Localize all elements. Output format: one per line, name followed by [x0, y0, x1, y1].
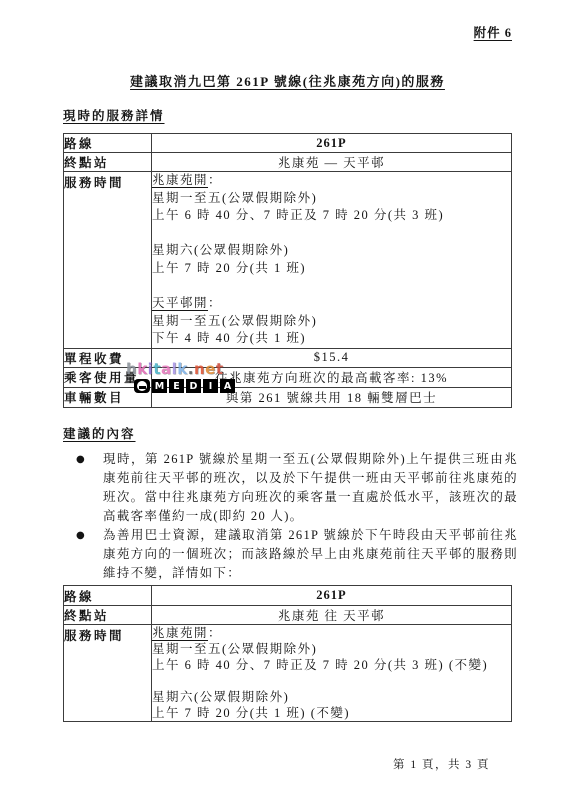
media-letter-block: I	[203, 379, 218, 393]
attachment-text: 附件 6	[474, 26, 512, 40]
bullet-item: ● 現時，第 261P 號線於星期一至五(公眾假期除外)上午提供三班由兆康苑前往…	[63, 450, 518, 526]
media-letter-block: E	[169, 379, 184, 393]
media-logo: M E D I A	[134, 379, 235, 393]
bullet-dot: ●	[76, 450, 103, 526]
service-hours-cell: 兆康苑開： 星期一至五(公眾假期除外) 上午 6 時 40 分、7 時正及 7 …	[152, 625, 512, 722]
bullet-item: ● 為善用巴士資源，建議取消第 261P 號線於下午時段由天平邨前往兆康苑方向的…	[63, 526, 518, 583]
bullet-dot: ●	[76, 526, 103, 583]
table-row-route: 路線 261P	[64, 134, 512, 153]
row-label: 終點站	[64, 606, 152, 625]
proposal-bullet-list: ● 現時，第 261P 號線於星期一至五(公眾假期除外)上午提供三班由兆康苑前往…	[63, 450, 518, 583]
service-line: 上午 6 時 40 分、7 時正及 7 時 20 分(共 3 班) (不變)	[152, 657, 511, 673]
media-letter-block: M	[152, 379, 167, 393]
section-heading-proposal: 建議的內容	[63, 424, 136, 442]
service-line: 天平邨開：	[152, 295, 511, 313]
service-line	[152, 673, 511, 689]
table-row-service-hours: 服務時間 兆康苑開： 星期一至五(公眾假期除外) 上午 6 時 40 分、7 時…	[64, 625, 512, 722]
page-title-text: 建議取消九巴第 261P 號線(往兆康苑方向)的服務	[130, 74, 445, 89]
row-value: 兆康苑 往 天平邨	[152, 606, 512, 625]
row-label: 終點站	[64, 153, 152, 172]
service-line	[152, 225, 511, 243]
service-line: 上午 7 時 20 分(共 1 班)	[152, 260, 511, 278]
service-line: 上午 6 時 40 分、7 時正及 7 時 20 分(共 3 班)	[152, 207, 511, 225]
service-line: 兆康苑開：	[152, 625, 511, 641]
service-line: 星期六(公眾假期除外)	[152, 689, 511, 705]
page-title: 建議取消九巴第 261P 號線(往兆康苑方向)的服務	[63, 71, 512, 90]
media-letter-block: D	[186, 379, 201, 393]
service-line: 星期一至五(公眾假期除外)	[152, 313, 511, 331]
service-hours-cell: 兆康苑開： 星期一至五(公眾假期除外) 上午 6 時 40 分、7 時正及 7 …	[152, 172, 512, 349]
service-line	[152, 278, 511, 296]
service-line: 星期六(公眾假期除外)	[152, 242, 511, 260]
bullet-text: 為善用巴士資源，建議取消第 261P 號線於下午時段由天平邨前往兆康苑方向的一個…	[103, 526, 518, 583]
hkitalk-watermark: hkitalk.net M E D I A	[126, 362, 235, 393]
table-row-route: 路線 261P	[64, 586, 512, 606]
table-row-termini: 終點站 兆康苑 — 天平邨	[64, 153, 512, 172]
row-value: 兆康苑 — 天平邨	[152, 153, 512, 172]
attachment-label: 附件 6	[474, 23, 512, 41]
service-line: 上午 7 時 20 分(共 1 班) (不變)	[152, 705, 511, 721]
table-row-termini: 終點站 兆康苑 往 天平邨	[64, 606, 512, 625]
page-number: 第 1 頁，共 3 頁	[393, 756, 490, 772]
row-value: 261P	[152, 134, 512, 153]
service-line: 兆康苑開：	[152, 172, 511, 190]
service-line: 星期一至五(公眾假期除外)	[152, 190, 511, 208]
row-label: 服務時間	[64, 625, 152, 722]
media-logo-icon	[134, 379, 150, 393]
row-label: 路線	[64, 134, 152, 153]
service-line: 下午 4 時 40 分(共 1 班)	[152, 330, 511, 348]
row-label: 路線	[64, 586, 152, 606]
row-value: 261P	[152, 586, 512, 606]
media-letter-block: A	[220, 379, 235, 393]
document-page: 附件 6 建議取消九巴第 261P 號線(往兆康苑方向)的服務 現時的服務詳情 …	[0, 0, 566, 800]
watermark-site-text: hkitalk.net	[126, 362, 235, 377]
section-heading-current-service: 現時的服務詳情	[63, 106, 165, 124]
proposed-service-table: 路線 261P 終點站 兆康苑 往 天平邨 服務時間 兆康苑開： 星期一至五(公…	[63, 585, 512, 722]
bullet-text: 現時，第 261P 號線於星期一至五(公眾假期除外)上午提供三班由兆康苑前往天平…	[103, 450, 518, 526]
table-row-service-hours: 服務時間 兆康苑開： 星期一至五(公眾假期除外) 上午 6 時 40 分、7 時…	[64, 172, 512, 349]
service-line: 星期一至五(公眾假期除外)	[152, 641, 511, 657]
row-label: 服務時間	[64, 172, 152, 349]
